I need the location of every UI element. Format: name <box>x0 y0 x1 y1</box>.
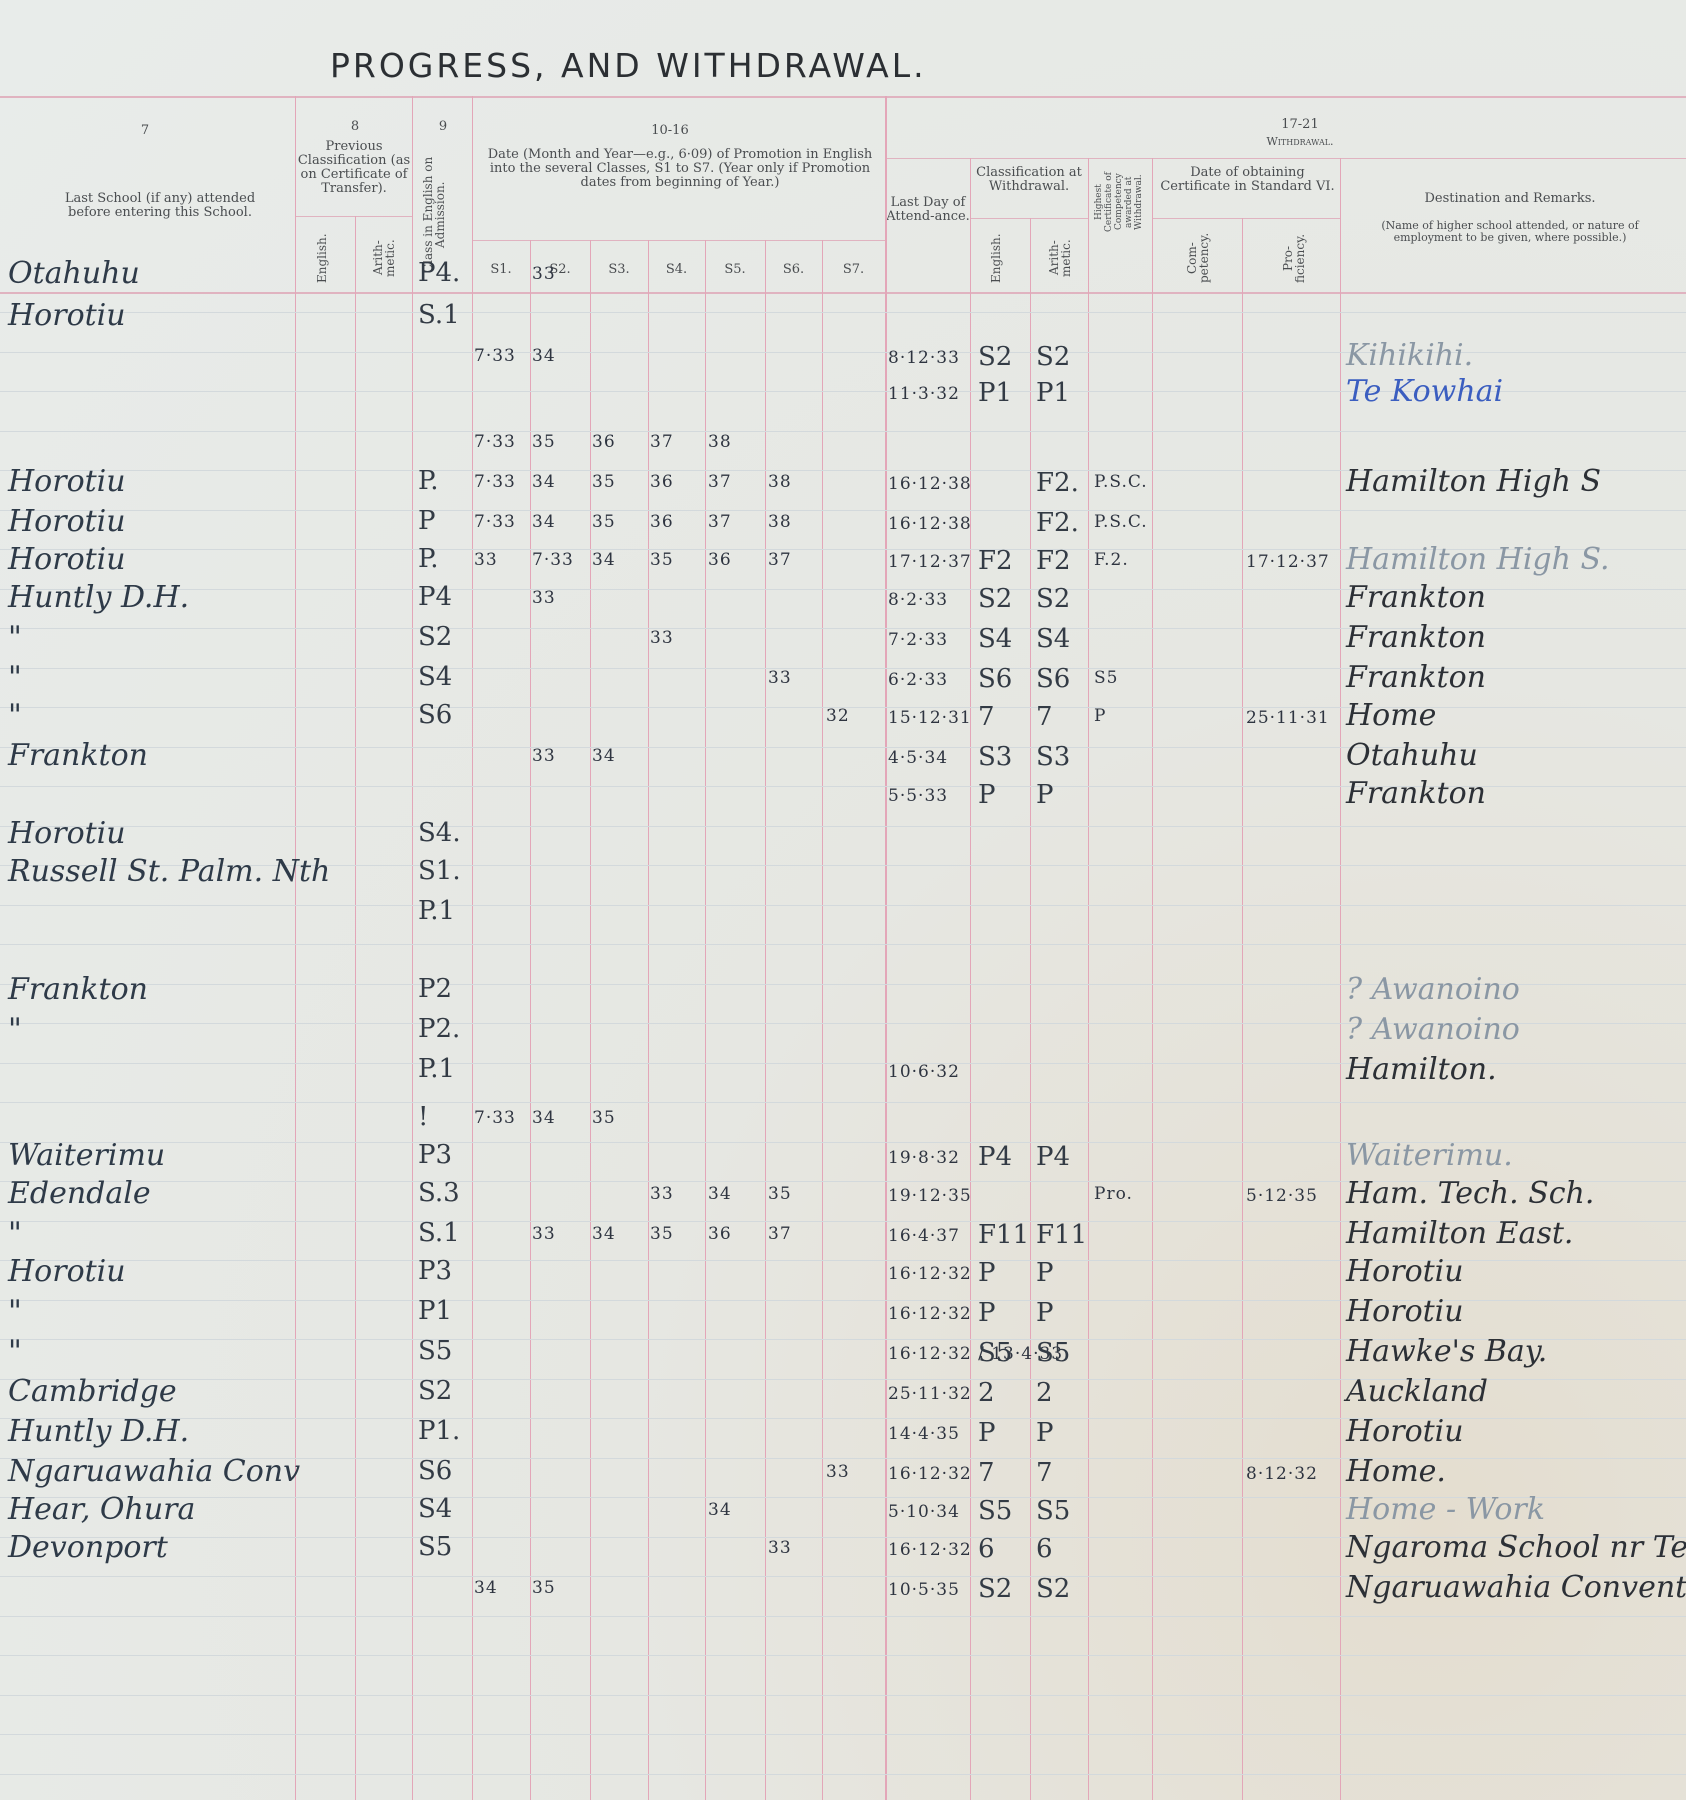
withdrawal-arith-cell: S2 <box>1036 1574 1070 1604</box>
promotion-date-cell: 35 <box>650 1224 674 1244</box>
withdrawal-english-cell: S5 <box>978 1338 1012 1368</box>
withdrawal-arith-cell: F11 <box>1036 1220 1087 1250</box>
admission-class-cell: P.1 <box>418 896 455 926</box>
last-school-cell: Edendale <box>8 1176 151 1211</box>
admission-class-cell: P. <box>418 544 439 574</box>
promotion-date-cell: 35 <box>532 1578 556 1598</box>
last-day-cell: 4·5·34 <box>888 748 948 768</box>
withdrawal-english: English. <box>990 228 1002 288</box>
class-withdrawal-label: Classification at Withdrawal. <box>970 166 1088 194</box>
admission-class-cell: S6 <box>418 1456 452 1486</box>
promotion-date-cell: 37 <box>708 472 732 492</box>
promotion-date-cell: 36 <box>708 1224 732 1244</box>
destination-cell: Auckland <box>1346 1374 1488 1409</box>
column-divider <box>1088 158 1089 1800</box>
s1-header: S1. <box>472 262 530 277</box>
promotion-date-cell: 34 <box>532 346 556 366</box>
proficiency-date-cell: 17·12·37 <box>1246 552 1330 572</box>
destination-cell: Home <box>1346 698 1436 733</box>
withdrawal-subrule <box>885 158 1686 159</box>
column-divider <box>822 240 823 1800</box>
admission-class-cell: S.1 <box>418 1218 460 1248</box>
std6-subrule <box>1152 218 1340 219</box>
admission-class-cell: S5 <box>418 1336 452 1366</box>
ruled-line <box>0 1774 1686 1775</box>
last-school-cell: Horotiu <box>8 504 126 539</box>
withdrawal-arith-cell: S5 <box>1036 1338 1070 1368</box>
destination-cell: Hawke's Bay. <box>1346 1334 1547 1369</box>
admission-class-cell: P1 <box>418 1296 452 1326</box>
column-divider <box>705 240 706 1800</box>
highest-cert-cell: F.2. <box>1094 550 1129 570</box>
promotion-date-cell: 34 <box>592 550 616 570</box>
admission-class-cell: P4. <box>418 258 460 288</box>
col8-number: 8 <box>340 120 370 134</box>
destination-cell: Frankton <box>1346 580 1486 615</box>
column-divider <box>1152 158 1153 1800</box>
last-school-cell: " <box>8 698 22 733</box>
ruled-line <box>0 826 1686 827</box>
destination-note: (Name of higher school attended, or natu… <box>1360 220 1660 244</box>
destination-cell: Home. <box>1346 1454 1446 1489</box>
admission-class-cell: P.1 <box>418 1054 455 1084</box>
withdrawal-arith-cell: S4 <box>1036 624 1070 654</box>
promotion-date-cell: 34 <box>532 512 556 532</box>
admission-class-cell: P. <box>418 466 439 496</box>
col17-21-label: Withdrawal. <box>1240 136 1360 148</box>
admission-class-cell: S.1 <box>418 300 460 330</box>
last-day-cell: 7·2·33 <box>888 630 948 650</box>
last-school-cell: " <box>8 1334 22 1369</box>
last-day-cell: 16·4·37 <box>888 1226 960 1246</box>
withdrawal-arith-cell: P <box>1036 1258 1054 1288</box>
withdrawal-english-cell: P <box>978 1258 996 1288</box>
promotion-date-cell: 33 <box>532 746 556 766</box>
last-school-cell: Horotiu <box>8 464 126 499</box>
withdrawal-english-cell: 6 <box>978 1534 995 1564</box>
last-day-cell: 16·12·32 <box>888 1464 972 1484</box>
promotion-date-cell: 36 <box>650 472 674 492</box>
ruled-line <box>0 510 1686 511</box>
last-school-cell: Ngaruawahia Conv <box>8 1454 300 1489</box>
highest-cert-cell: Pro. <box>1094 1184 1133 1204</box>
withdrawal-english-cell: S2 <box>978 1574 1012 1604</box>
destination-cell: Hamilton. <box>1346 1052 1497 1087</box>
promotion-date-cell: 34 <box>532 1108 556 1128</box>
destination-cell: Hamilton High S. <box>1346 542 1610 577</box>
column-divider <box>530 240 531 1800</box>
destination-cell: Kihikihi. <box>1346 338 1473 373</box>
header-top-rule <box>0 96 1686 98</box>
promotion-date-cell: 34 <box>708 1500 732 1520</box>
withdrawal-english-cell: S4 <box>978 624 1012 654</box>
promotion-date-cell: 7·33 <box>474 346 516 366</box>
withdrawal-english-cell: P <box>978 1298 996 1328</box>
std6-proficiency: Pro-ficiency. <box>1282 228 1306 288</box>
page-title: PROGRESS, AND WITHDRAWAL. <box>330 46 1330 85</box>
last-day-cell: 16·12·32 <box>888 1540 972 1560</box>
admission-class-cell: S.3 <box>418 1178 460 1208</box>
withdrawal-english-cell: P1 <box>978 378 1012 408</box>
column-divider <box>1242 218 1243 1800</box>
promotion-date-cell: 33 <box>532 1224 556 1244</box>
destination-cell: Otahuhu <box>1346 738 1478 773</box>
col7-number: 7 <box>130 124 160 138</box>
s-subrule <box>472 240 885 241</box>
last-school-cell: Huntly D.H. <box>8 580 189 615</box>
promotion-date-cell: 37 <box>650 432 674 452</box>
promotion-date-cell: 34 <box>474 1578 498 1598</box>
ruled-line <box>0 431 1686 432</box>
column-divider <box>590 240 591 1800</box>
withdrawal-arith-cell: P1 <box>1036 378 1070 408</box>
withdrawal-arith-cell: S3 <box>1036 742 1070 772</box>
last-school-cell: Frankton <box>8 738 148 773</box>
withdrawal-english-cell: 7 <box>978 1458 995 1488</box>
destination-cell: Frankton <box>1346 620 1486 655</box>
promotion-date-cell: 38 <box>768 472 792 492</box>
destination-cell: ? Awanoino <box>1346 1012 1520 1047</box>
highest-cert-cell: S5 <box>1094 668 1118 688</box>
destination-cell: Horotiu <box>1346 1414 1464 1449</box>
withdrawal-english-cell: P <box>978 780 996 810</box>
last-day-cell: 10·6·32 <box>888 1062 960 1082</box>
col8-english: English. <box>316 228 328 288</box>
promotion-date-cell: 33 <box>826 1462 850 1482</box>
promotion-date-cell: 35 <box>592 472 616 492</box>
proficiency-date-cell: 8·12·32 <box>1246 1464 1318 1484</box>
destination-cell: Hamilton East. <box>1346 1216 1573 1251</box>
ruled-line <box>0 1695 1686 1696</box>
destination-cell: Ngaroma School nr Te Kauwhata. <box>1346 1530 1686 1565</box>
admission-class-cell: P2 <box>418 974 452 1004</box>
last-school-cell: " <box>8 660 22 695</box>
admission-class-cell: S5 <box>418 1532 452 1562</box>
ruled-line <box>0 312 1686 313</box>
promotion-date-cell: 37 <box>768 550 792 570</box>
admission-class-cell: P2. <box>418 1014 460 1044</box>
s7-header: S7. <box>822 262 885 277</box>
withdrawal-english-cell: P4 <box>978 1142 1012 1172</box>
withdrawal-arith-cell: P4 <box>1036 1142 1070 1172</box>
column-divider <box>765 240 766 1800</box>
last-day-cell: 6·2·33 <box>888 670 948 690</box>
destination-cell: Frankton <box>1346 660 1486 695</box>
last-school-cell: Hear, Ohura <box>8 1492 195 1527</box>
s4-header: S4. <box>648 262 705 277</box>
promotion-date-cell: 33 <box>532 588 556 608</box>
promotion-date-cell: 36 <box>592 432 616 452</box>
col10-16-number: 10-16 <box>640 124 700 138</box>
column-divider <box>1030 218 1031 1800</box>
withdrawal-arith: Arith-metic. <box>1048 228 1072 288</box>
col7-label: Last School (if any) attended before ent… <box>50 192 270 220</box>
destination-cell: Hamilton High S <box>1346 464 1601 499</box>
class-subrule <box>970 218 1088 219</box>
last-school-cell: " <box>8 1012 22 1047</box>
last-school-cell: Horotiu <box>8 816 126 851</box>
destination-cell: Frankton <box>1346 776 1486 811</box>
column-divider <box>648 240 649 1800</box>
destination-cell: Ngaruawahia Convent <box>1346 1570 1686 1605</box>
promotion-date-cell: 36 <box>708 550 732 570</box>
promotion-date-cell: 36 <box>650 512 674 532</box>
last-day-cell: 8·12·33 <box>888 348 960 368</box>
promotion-date-cell: 34 <box>532 472 556 492</box>
ruled-line <box>0 905 1686 906</box>
promotion-date-cell: 35 <box>768 1184 792 1204</box>
promotion-date-cell: 7·33 <box>474 1108 516 1128</box>
withdrawal-arith-cell: S6 <box>1036 664 1070 694</box>
destination-cell: Home - Work <box>1346 1492 1545 1527</box>
promotion-date-cell: 7·33 <box>532 550 574 570</box>
last-school-cell: Otahuhu <box>8 256 140 291</box>
promotion-date-cell: 37 <box>708 512 732 532</box>
withdrawal-arith-cell: P <box>1036 1418 1054 1448</box>
withdrawal-english-cell: 7 <box>978 702 995 732</box>
proficiency-date-cell: 5·12·35 <box>1246 1186 1318 1206</box>
last-school-cell: Huntly D.H. <box>8 1414 189 1449</box>
promotion-date-cell: 38 <box>708 432 732 452</box>
highest-cert-cell: P <box>1094 706 1106 726</box>
admission-class-cell: P <box>418 506 436 536</box>
col9-number: 9 <box>428 120 458 134</box>
last-day-cell: 5·10·34 <box>888 1502 960 1522</box>
promotion-date-cell: 35 <box>532 432 556 452</box>
withdrawal-arith-cell: P <box>1036 780 1054 810</box>
proficiency-date-cell: 25·11·31 <box>1246 708 1330 728</box>
last-school-cell: Horotiu <box>8 298 126 333</box>
ruled-line <box>0 944 1686 945</box>
destination-cell: Te Kowhai <box>1346 374 1503 409</box>
register-page: PROGRESS, AND WITHDRAWAL. 7 Last School … <box>0 0 1686 1800</box>
withdrawal-arith-cell: S2 <box>1036 342 1070 372</box>
ruled-line <box>0 1102 1686 1103</box>
col8-arith: Arith-metic. <box>372 228 396 288</box>
promotion-date-cell: 32 <box>826 706 850 726</box>
last-school-cell: Frankton <box>8 972 148 1007</box>
withdrawal-english-cell: S2 <box>978 342 1012 372</box>
promotion-date-cell: 35 <box>650 550 674 570</box>
std6-label: Date of obtaining Certificate in Standar… <box>1155 166 1340 194</box>
last-day-cell: 11·3·32 <box>888 384 960 404</box>
last-school-cell: " <box>8 1294 22 1329</box>
last-school-cell: Waiterimu <box>8 1138 165 1173</box>
promotion-date-cell: 7·33 <box>474 512 516 532</box>
withdrawal-arith-cell: 6 <box>1036 1534 1053 1564</box>
admission-class-cell: P4 <box>418 582 452 612</box>
promotion-date-cell: 33 <box>532 264 556 284</box>
promotion-date-cell: 33 <box>650 628 674 648</box>
highest-cert-label: Highest Certificate of Competency awarde… <box>1094 166 1144 238</box>
ruled-line <box>0 1616 1686 1617</box>
column-divider <box>355 216 356 1800</box>
withdrawal-arith-cell: 7 <box>1036 1458 1053 1488</box>
last-school-cell: Cambridge <box>8 1374 177 1409</box>
withdrawal-english-cell: S2 <box>978 584 1012 614</box>
promotion-date-cell: 35 <box>592 1108 616 1128</box>
col8-label: Previous Classification (as on Certifica… <box>296 140 412 196</box>
admission-class-cell: S4 <box>418 662 452 692</box>
last-school-cell: " <box>8 1216 22 1251</box>
admission-class-cell: S4. <box>418 818 461 848</box>
destination-cell: Horotiu <box>1346 1294 1464 1329</box>
promotion-date-cell: 33 <box>650 1184 674 1204</box>
last-day-cell: 8·2·33 <box>888 590 948 610</box>
last-school-cell: Devonport <box>8 1530 168 1565</box>
promotion-date-cell: 33 <box>768 1538 792 1558</box>
withdrawal-english-cell: S3 <box>978 742 1012 772</box>
promotion-date-cell: 7·33 <box>474 472 516 492</box>
s5-header: S5. <box>705 262 765 277</box>
destination-cell: Ham. Tech. Sch. <box>1346 1176 1594 1211</box>
withdrawal-english-cell: F11 <box>978 1220 1029 1250</box>
std6-competency: Com-petency. <box>1186 228 1210 288</box>
last-day-cell: 5·5·33 <box>888 786 948 806</box>
admission-class-cell: P3 <box>418 1140 452 1170</box>
withdrawal-arith-cell: S2 <box>1036 584 1070 614</box>
column-divider <box>1340 158 1341 1800</box>
admission-class-cell: S6 <box>418 700 452 730</box>
withdrawal-english-cell: S5 <box>978 1496 1012 1526</box>
withdrawal-arith-cell: P <box>1036 1298 1054 1328</box>
admission-class-cell: S1. <box>418 856 461 886</box>
last-day-label: Last Day of Attend-ance. <box>886 196 970 224</box>
withdrawal-english-cell: F2 <box>978 546 1013 576</box>
destination-cell: Waiterimu. <box>1346 1138 1513 1173</box>
last-day-cell: 19·8·32 <box>888 1148 960 1168</box>
last-day-cell: 10·5·35 <box>888 1580 960 1600</box>
col10-16-label: Date (Month and Year—e.g., 6·09) of Prom… <box>480 148 880 190</box>
last-day-cell: 16·12·38 <box>888 514 972 534</box>
withdrawal-arith-cell: S5 <box>1036 1496 1070 1526</box>
last-school-cell: Horotiu <box>8 1254 126 1289</box>
last-day-cell: 25·11·32 <box>888 1384 972 1404</box>
last-school-cell: Russell St. Palm. Nth <box>8 854 330 889</box>
admission-class-cell: S2 <box>418 622 452 652</box>
col8-subrule <box>295 216 412 217</box>
admission-class-cell: S4 <box>418 1494 452 1524</box>
last-school-cell: " <box>8 620 22 655</box>
withdrawal-arith-cell: 7 <box>1036 702 1053 732</box>
last-day-cell: 19·12·35 <box>888 1186 972 1206</box>
promotion-date-cell: 7·33 <box>474 432 516 452</box>
last-school-cell: Horotiu <box>8 542 126 577</box>
promotion-date-cell: 38 <box>768 512 792 532</box>
admission-class-cell: P1. <box>418 1416 460 1446</box>
promotion-date-cell: 34 <box>592 1224 616 1244</box>
col17-21-number: 17-21 <box>1260 118 1340 132</box>
destination-label: Destination and Remarks. <box>1360 192 1660 206</box>
promotion-date-cell: 35 <box>592 512 616 532</box>
withdrawal-english-cell: S6 <box>978 664 1012 694</box>
last-day-cell: 14·4·35 <box>888 1424 960 1444</box>
promotion-date-cell: 34 <box>708 1184 732 1204</box>
promotion-date-cell: 34 <box>592 746 616 766</box>
withdrawal-arith-cell: F2 <box>1036 546 1071 576</box>
promotion-date-cell: 37 <box>768 1224 792 1244</box>
promotion-date-cell: 33 <box>474 550 498 570</box>
withdrawal-english-cell: P <box>978 1418 996 1448</box>
destination-cell: Horotiu <box>1346 1254 1464 1289</box>
last-day-cell: 17·12·37 <box>888 552 972 572</box>
withdrawal-english-cell: 2 <box>978 1378 995 1408</box>
admission-class-cell: ! <box>418 1102 428 1132</box>
last-day-cell: 15·12·31 <box>888 708 972 728</box>
s3-header: S3. <box>590 262 648 277</box>
admission-class-cell: P3 <box>418 1256 452 1286</box>
ruled-line <box>0 1655 1686 1656</box>
withdrawal-arith-cell: 2 <box>1036 1378 1053 1408</box>
last-day-cell: 16·12·32 <box>888 1264 972 1284</box>
ruled-line <box>0 1734 1686 1735</box>
promotion-date-cell: 33 <box>768 668 792 688</box>
withdrawal-arith-cell: F2. <box>1036 508 1079 538</box>
highest-cert-cell: P.S.C. <box>1094 512 1148 532</box>
destination-cell: ? Awanoino <box>1346 972 1520 1007</box>
header-bottom-rule <box>0 292 1686 294</box>
s6-header: S6. <box>765 262 822 277</box>
admission-class-cell: S2 <box>418 1376 452 1406</box>
highest-cert-cell: P.S.C. <box>1094 472 1148 492</box>
last-day-cell: 16·12·32 <box>888 1304 972 1324</box>
last-day-cell: 16·12·38 <box>888 474 972 494</box>
withdrawal-arith-cell: F2. <box>1036 468 1079 498</box>
